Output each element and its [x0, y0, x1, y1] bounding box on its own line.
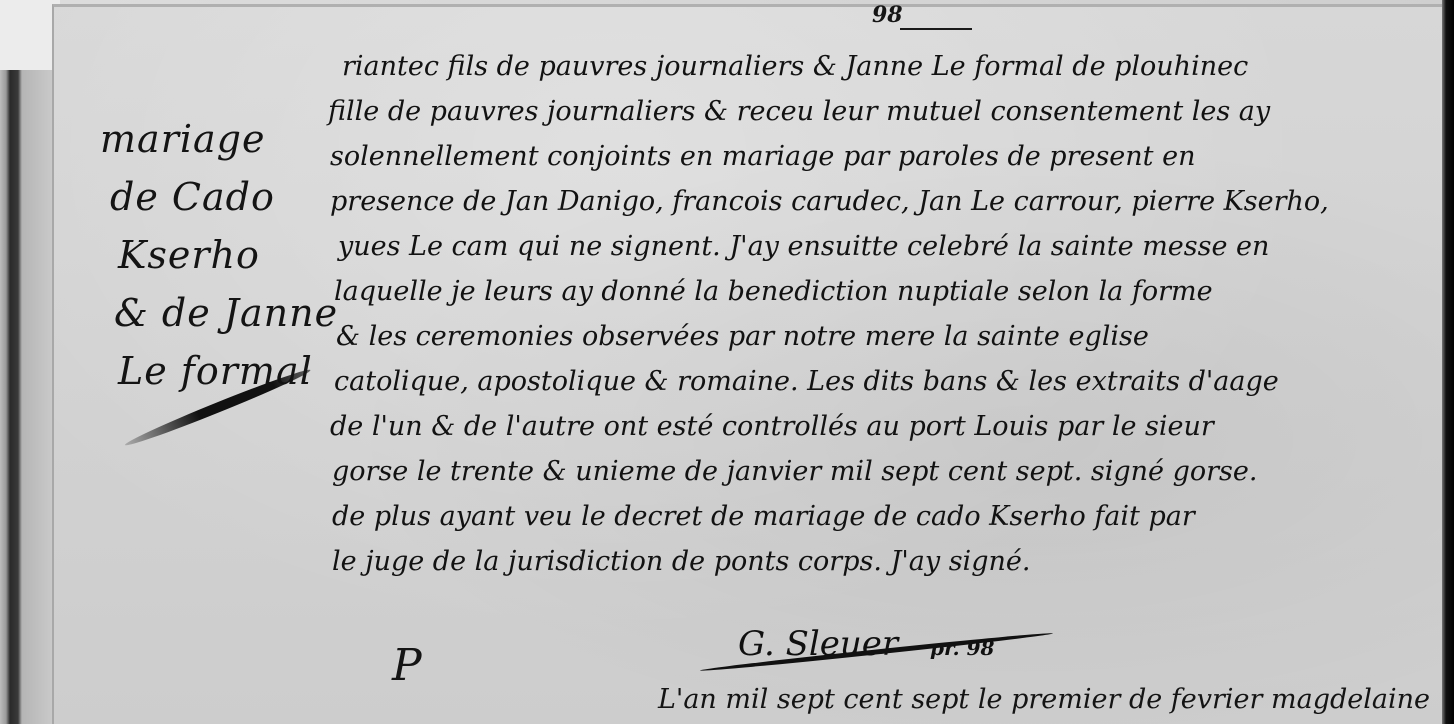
entry-line: gorse le trente & unieme de janvier mil … [320, 449, 1440, 494]
entry-line: catolique, apostolique & romaine. Les di… [320, 359, 1440, 404]
margin-note-line: Kserho [100, 226, 315, 284]
folio-underline [900, 28, 972, 30]
margin-note: mariage de Cado Kserho & de Janne Le for… [100, 110, 315, 400]
folio-number: 98 [872, 2, 903, 28]
entry-line: de plus ayant veu le decret de mariage d… [320, 494, 1440, 539]
entry-line: solennellement conjoints en mariage par … [320, 134, 1440, 179]
scan-corner [0, 0, 60, 70]
entry-line: riantec fils de pauvres journaliers & Ja… [320, 44, 1440, 89]
margin-note-line: de Cado [100, 168, 315, 226]
entry-line: laquelle je leurs ay donné la benedictio… [320, 269, 1440, 314]
scan-right-edge [1442, 0, 1454, 724]
entry-line: presence de Jan Danigo, francois carudec… [320, 179, 1440, 224]
entry-line: & les ceremonies observées par notre mer… [320, 314, 1440, 359]
margin-note-line: mariage [100, 110, 315, 168]
margin-note-line: & de Janne [100, 284, 315, 342]
entry-line: le juge de la jurisdiction de ponts corp… [320, 539, 1440, 584]
entry-line: fille de pauvres journaliers & receu leu… [320, 89, 1440, 134]
binding-edge [0, 70, 52, 724]
margin-note-line: Le formal [100, 342, 315, 400]
entry-line: yues Le cam qui ne signent. J'ay ensuitt… [320, 224, 1440, 269]
entry-line: de l'un & de l'autre ont esté controllés… [320, 404, 1440, 449]
next-entry-start: L'an mil sept cent sept le premier de fe… [330, 684, 1440, 715]
entry-body: riantec fils de pauvres journaliers & Ja… [320, 44, 1440, 584]
